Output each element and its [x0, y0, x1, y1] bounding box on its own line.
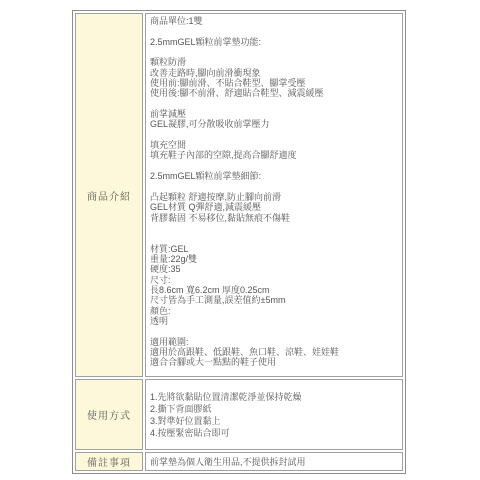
row-label-usage-instructions: 使用方式: [75, 379, 143, 450]
row-content-remarks: 前掌墊為個人衛生用品,不提供拆封試用: [145, 452, 403, 471]
page-background: 商品介紹 商品單位:1雙 2.5mmGEL顆粒前掌墊功能: 顆粒防滑 改善走路時…: [0, 0, 480, 480]
table-row-remarks: 備註事項 前掌墊為個人衛生用品,不提供拆封試用: [75, 452, 403, 471]
product-spec-table: 商品介紹 商品單位:1雙 2.5mmGEL顆粒前掌墊功能: 顆粒防滑 改善走路時…: [72, 10, 406, 474]
product-spec-table-wrap: 商品介紹 商品單位:1雙 2.5mmGEL顆粒前掌墊功能: 顆粒防滑 改善走路時…: [72, 10, 406, 474]
row-label-remarks: 備註事項: [75, 452, 143, 471]
row-content-usage-instructions: 1.先將欲黏貼位置清潔乾淨並保持乾燥 2.撕下背面膠紙 3.對準好位置黏上 4.…: [145, 379, 403, 450]
table-row-product-intro: 商品介紹 商品單位:1雙 2.5mmGEL顆粒前掌墊功能: 顆粒防滑 改善走路時…: [75, 13, 403, 377]
row-label-product-intro: 商品介紹: [75, 13, 143, 377]
table-row-usage-instructions: 使用方式 1.先將欲黏貼位置清潔乾淨並保持乾燥 2.撕下背面膠紙 3.對準好位置…: [75, 379, 403, 450]
row-content-product-intro: 商品單位:1雙 2.5mmGEL顆粒前掌墊功能: 顆粒防滑 改善走路時,腳向前滑…: [145, 13, 403, 377]
